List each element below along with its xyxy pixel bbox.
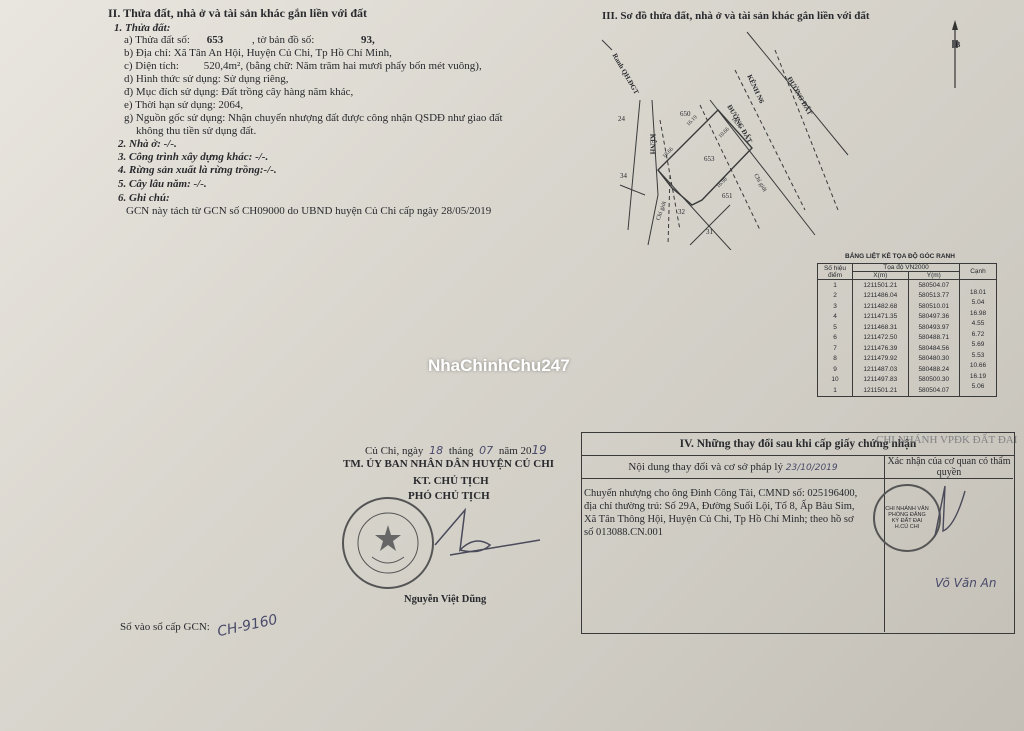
edge-cell: 5.69 (960, 338, 997, 349)
confirm-signature-icon (925, 481, 975, 546)
coord-table: Số hiệu điểm Tọa độ VN2000 Cạnh X(m) Y(m… (817, 263, 997, 397)
edge-cell: 16.98 (960, 306, 997, 317)
point-cell: 10 (818, 375, 853, 386)
area-row: c) Diện tích: 520,4m², (bằng chữ: Năm tr… (124, 60, 578, 73)
changes-content-col: Nội dung thay đổi và cơ sở pháp lý 23/10… (582, 456, 885, 632)
content-line: Chuyển nhượng cho ông Đinh Công Tài, CMN… (584, 487, 884, 500)
edge-cell: 5.06 (960, 380, 997, 391)
parcel-sketch-lines (600, 30, 860, 250)
parcel-653: 653 (704, 155, 715, 163)
registry-row: Số vào sổ cấp GCN: CH-9160 (120, 618, 278, 634)
coord-row: 11211501.21580504.0718.01 (818, 280, 997, 291)
section2-title: II. Thửa đất, nhà ở và tài sản khác gắn … (108, 6, 578, 21)
land-heading: 1. Thửa đất: (114, 22, 578, 34)
edge-cell: 4.55 (960, 317, 997, 328)
address: b) Địa chỉ: Xã Tân An Hội, Huyện Củ Chi,… (124, 47, 578, 60)
signing-date: Củ Chi, ngày 18 tháng 07 năm 2019 (365, 443, 547, 457)
date-year: 19 (532, 443, 547, 457)
edge-cell: 5.04 (960, 296, 997, 307)
area-label: c) Diện tích: (124, 60, 179, 72)
map-number: 93, (361, 34, 375, 46)
content-line: số 013088.CN.001 (584, 526, 884, 539)
parcel-label: a) Thửa đất số: (124, 34, 190, 46)
overprint-text: CHI NHÁNH VPĐK ĐẤT ĐAI (876, 434, 1017, 446)
house-item: 2. Nhà ở: -/-. (118, 138, 578, 151)
y-cell: 580480.30 (908, 354, 959, 365)
col-coord: Tọa độ VN2000 (853, 264, 960, 272)
parcel-650: 650 (680, 110, 691, 118)
x-cell: 1211501.21 (853, 385, 909, 396)
watermark-text: NhaChinhChu247 (428, 356, 570, 376)
x-cell: 1211471.35 (853, 312, 909, 323)
date-place-label: Củ Chi, ngày (365, 445, 423, 457)
x-cell: 1211479.92 (853, 354, 909, 365)
point-cell: 5 (818, 322, 853, 333)
section3-title: III. Sơ đồ thửa đất, nhà ở và tài sản kh… (602, 10, 870, 22)
handwritten-date: 23/10/2019 (786, 463, 838, 473)
parcel-34: 34 (620, 172, 627, 180)
point-cell: 4 (818, 312, 853, 323)
changes-content: Chuyển nhượng cho ông Đinh Công Tài, CMN… (582, 479, 884, 539)
use-purpose: đ) Mục đích sử dụng: Đất trồng cây hàng … (124, 86, 578, 99)
note-text: GCN này tách từ GCN số CH09000 do UBND h… (126, 205, 578, 218)
edge-cell: 10.66 (960, 359, 997, 370)
point-cell: 7 (818, 343, 853, 354)
col-confirm-header: Xác nhận của cơ quan có thẩm quyền (885, 456, 1013, 479)
y-cell: 580504.07 (908, 385, 959, 396)
point-cell: 6 (818, 333, 853, 344)
parcel-651: 651 (722, 192, 733, 200)
edge-cell: 16.19 (960, 369, 997, 380)
y-cell: 580488.71 (908, 333, 959, 344)
stamp-text: CHI NHÁNH VĂN PHÒNG ĐĂNG KÝ ĐẤT ĐAI H.CỦ… (885, 506, 929, 530)
coord-table-title: BẢNG LIỆT KÊ TỌA ĐỘ GÓC RANH (845, 253, 955, 260)
edge-cell: 6.72 (960, 327, 997, 338)
x-cell: 1211482.68 (853, 301, 909, 312)
x-cell: 1211476.39 (853, 343, 909, 354)
parcel-sketch: Ranh QH.ĐGT KÊNH KÊNH N6 ĐƯỜNG ĐẤT ĐƯỜNG… (600, 30, 860, 250)
signing-org: TM. ỦY BAN NHÂN DÂN HUYỆN CỦ CHI (343, 458, 554, 470)
col-y: Y(m) (908, 272, 959, 280)
date-year-label: năm 20 (499, 445, 532, 457)
section-land-info: II. Thửa đất, nhà ở và tài sản khác gắn … (108, 6, 578, 218)
y-cell: 580484.56 (908, 343, 959, 354)
point-cell: 8 (818, 354, 853, 365)
parcel-row: a) Thửa đất số: 653 , tờ bản đồ số: 93, (124, 34, 578, 47)
north-label: B (955, 40, 960, 49)
signing-kt: KT. CHỦ TỊCH (413, 475, 489, 487)
date-month-label: tháng (449, 445, 473, 457)
forest-item: 4. Rừng sản xuất là rừng trồng:-/-. (118, 164, 578, 177)
perennial-item: 5. Cây lâu năm: -/-. (118, 177, 578, 191)
registry-label: Số vào sổ cấp GCN: (120, 621, 210, 633)
content-line: Xã Tân Thông Hội, Huyện Củ Chi, Tp Hồ Ch… (584, 513, 884, 526)
parcel-number: 653 (207, 34, 224, 46)
date-month: 07 (479, 444, 493, 457)
coord-table-body: 11211501.21580504.0718.0121211486.045805… (818, 280, 997, 397)
y-cell: 580488.24 (908, 364, 959, 375)
col-content-header: Nội dung thay đổi và cơ sở pháp lý 23/10… (582, 456, 884, 479)
use-term: e) Thời hạn sử dụng: 2064, (124, 99, 578, 112)
map-label: , tờ bản đồ số: (252, 34, 314, 46)
changes-confirm-col: Xác nhận của cơ quan có thẩm quyền CHI N… (885, 456, 1013, 632)
point-cell: 9 (818, 364, 853, 375)
y-cell: 580504.07 (908, 280, 959, 291)
point-cell: 1 (818, 280, 853, 291)
north-arrow-icon (950, 20, 960, 90)
signature-icon (430, 505, 550, 570)
date-day: 18 (429, 444, 443, 457)
content-line: địa chỉ thường trú: Số 29A, Đường Suối L… (584, 500, 884, 513)
area-value: 520,4m², (bằng chữ: Năm trăm hai mươi ph… (204, 60, 482, 72)
x-cell: 1211487.03 (853, 364, 909, 375)
point-cell: 1 (818, 385, 853, 396)
y-cell: 580500.30 (908, 375, 959, 386)
parcel-31: 31 (706, 228, 713, 236)
point-cell: 3 (818, 301, 853, 312)
x-cell: 1211472.50 (853, 333, 909, 344)
origin-line-1: g) Nguồn gốc sử dụng: Nhận chuyển nhượng… (124, 112, 578, 125)
origin-line-2: không thu tiền sử dụng đất. (136, 125, 578, 138)
y-cell: 580513.77 (908, 291, 959, 302)
label-kenh: KÊNH (648, 134, 656, 155)
x-cell: 1211501.21 (853, 280, 909, 291)
parcel-32: 32 (678, 208, 685, 216)
y-cell: 580493.97 (908, 322, 959, 333)
use-form: d) Hình thức sử dụng: Sử dụng riêng, (124, 73, 578, 86)
y-cell: 580497.36 (908, 312, 959, 323)
signer-name: Nguyễn Việt Dũng (404, 594, 486, 605)
x-cell: 1211486.04 (853, 291, 909, 302)
y-cell: 580510.01 (908, 301, 959, 312)
other-construction-item: 3. Công trình xây dựng khác: -/-. (118, 151, 578, 164)
col-x: X(m) (853, 272, 909, 280)
parcel-24: 24 (618, 115, 625, 123)
confirm-signer: Võ Văn An (935, 576, 996, 590)
x-cell: 1211468.31 (853, 322, 909, 333)
x-cell: 1211497.83 (853, 375, 909, 386)
registry-value: CH-9160 (216, 612, 279, 640)
edge-cell: 5.53 (960, 348, 997, 359)
col-content-label: Nội dung thay đổi và cơ sở pháp lý (628, 461, 783, 473)
col-point: Số hiệu điểm (818, 264, 853, 280)
col-edge: Cạnh (960, 264, 997, 280)
changes-table: IV. Những thay đổi sau khi cấp giấy chứn… (581, 432, 1015, 634)
note-heading: 6. Ghi chú: (118, 191, 578, 205)
official-seal-icon (342, 497, 434, 589)
point-cell: 2 (818, 291, 853, 302)
edge-cell: 18.01 (960, 285, 997, 296)
